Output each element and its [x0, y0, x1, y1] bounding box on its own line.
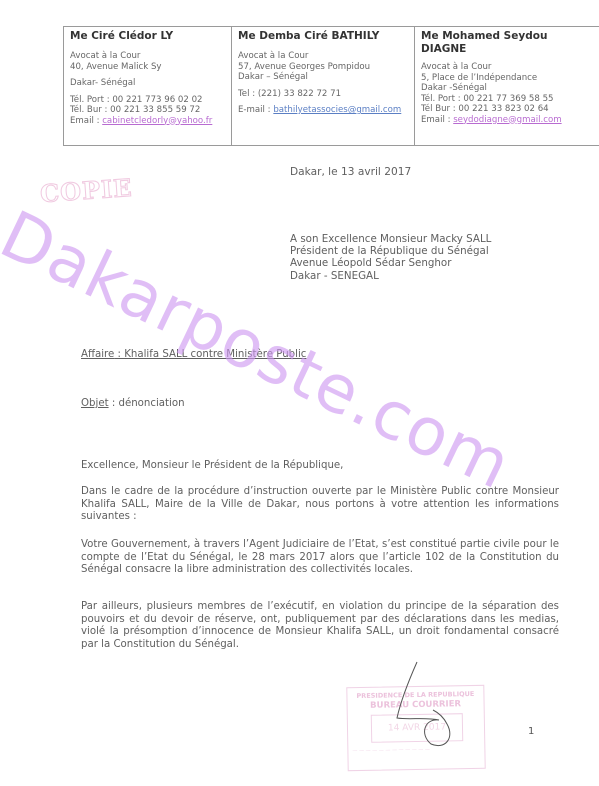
recipient-line: Avenue Léopold Sédar Senghor [290, 257, 491, 269]
recipient-line: Président de la République du Sénégal [290, 245, 491, 257]
lawyer-email-line: E-mail : bathilyetassocies@gmail.com [238, 105, 408, 116]
letter-date: Dakar, le 13 avril 2017 [290, 166, 411, 179]
lawyer-name: Me Demba Ciré BATHILY [238, 30, 408, 43]
recipient-line: A son Excellence Monsieur Macky SALL [290, 233, 491, 245]
case-label: Affaire [81, 349, 114, 360]
recipient-line: Dakar - SENEGAL [290, 270, 491, 282]
email-label: Email : [421, 115, 453, 125]
lawyer-phone: Tel : (221) 33 822 72 71 [238, 89, 408, 100]
email-label: E-mail : [238, 105, 273, 115]
lawyer-block-ly: Me Ciré Clédor LY Avocat à la Cour 40, A… [64, 27, 232, 145]
subject-label: Objet [81, 398, 109, 409]
subject-line: Objet : dénonciation [81, 398, 185, 411]
subject-value: : dénonciation [109, 398, 185, 409]
email-link[interactable]: seydodiagne@gmail.com [453, 115, 561, 125]
lawyer-city: Dakar- Sénégal [70, 78, 225, 89]
recipient-address: A son Excellence Monsieur Macky SALL Pré… [290, 233, 491, 282]
body-paragraph: Par ailleurs, plusieurs membres de l’exé… [81, 601, 559, 651]
lawyer-email-line: Email : cabinetcledorly@yahoo.fr [70, 116, 225, 127]
case-reference: Affaire : Khalifa SALL contre Ministère … [81, 349, 306, 362]
lawyer-phone-office: Tél Bur : 00 221 33 823 02 64 [421, 104, 596, 115]
lawyer-title: Avocat à la Cour [238, 51, 408, 62]
lawyer-phone-office: Tél. Bur : 00 221 33 855 59 72 [70, 105, 225, 116]
letterhead: Me Ciré Clédor LY Avocat à la Cour 40, A… [63, 26, 599, 146]
lawyer-title: Avocat à la Cour [70, 51, 225, 62]
lawyer-address: 40, Avenue Malick Sy [70, 62, 225, 73]
lawyer-city: Dakar -Sénégal [421, 83, 596, 94]
lawyer-address: 57, Avenue Georges Pompidou [238, 62, 408, 73]
email-link[interactable]: bathilyetassocies@gmail.com [273, 105, 401, 115]
email-label: Email : [70, 116, 102, 126]
copy-stamp: COPIE [39, 173, 133, 208]
salutation: Excellence, Monsieur le Président de la … [81, 460, 559, 473]
page-number: 1 [528, 726, 534, 737]
lawyer-title: Avocat à la Cour [421, 62, 596, 73]
lawyer-phone-mobile: Tél. Port : 00 221 773 96 02 02 [70, 95, 225, 106]
body-paragraph: Votre Gouvernement, à travers l’Agent Ju… [81, 539, 559, 577]
lawyer-block-diagne: Me Mohamed Seydou DIAGNE Avocat à la Cou… [415, 27, 599, 145]
body-paragraph: Dans le cadre de la procédure d’instruct… [81, 486, 559, 524]
signature [395, 660, 475, 750]
lawyer-email-line: Email : seydodiagne@gmail.com [421, 115, 596, 126]
lawyer-block-bathily: Me Demba Ciré BATHILY Avocat à la Cour 5… [232, 27, 415, 145]
lawyer-phone-mobile: Tél. Port : 00 221 77 369 58 55 [421, 94, 596, 105]
lawyer-city: Dakar – Sénégal [238, 72, 408, 83]
email-link[interactable]: cabinetcledorly@yahoo.fr [102, 116, 212, 126]
lawyer-name: Me Ciré Clédor LY [70, 30, 225, 43]
case-value: : Khalifa SALL contre Ministère Public [114, 349, 306, 360]
letter-page: Me Ciré Clédor LY Avocat à la Cour 40, A… [0, 0, 599, 786]
lawyer-name: Me Mohamed Seydou DIAGNE [421, 30, 596, 56]
lawyer-address: 5, Place de l’Indépendance [421, 73, 596, 84]
